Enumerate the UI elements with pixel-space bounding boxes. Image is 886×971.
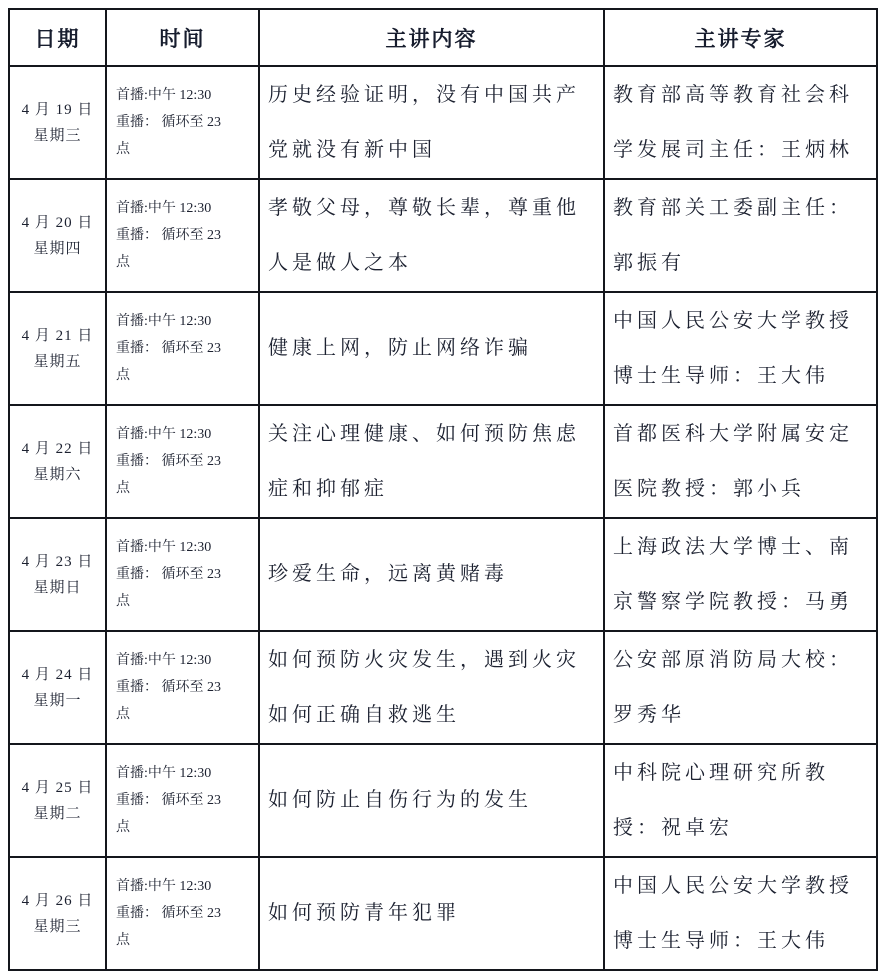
date-text: 4 月 26 日 (22, 888, 94, 914)
rebroadcast-text: 重播： 循环至 23 点 (116, 674, 234, 728)
content-cell: 孝敬父母，尊敬长辈，尊重他人是做人之本 (260, 180, 605, 291)
date-text: 4 月 25 日 (22, 775, 94, 801)
first-broadcast-text: 首播:中午 12:30 (116, 421, 211, 448)
table-row: 4 月 21 日 星期五 首播:中午 12:30 重播： 循环至 23 点 健康… (10, 293, 876, 406)
header-row: 日期 时间 主讲内容 主讲专家 (10, 10, 876, 67)
weekday-text: 星期四 (33, 236, 81, 262)
content-cell: 如何预防青年犯罪 (260, 858, 605, 969)
weekday-text: 星期日 (33, 575, 81, 601)
header-expert: 主讲专家 (605, 10, 876, 65)
expert-cell: 中国人民公安大学教授博士生导师：王大伟 (605, 858, 876, 969)
lecture-schedule-table: 日期 时间 主讲内容 主讲专家 4 月 19 日 星期三 首播:中午 12:30… (8, 8, 878, 971)
date-cell: 4 月 25 日 星期二 (10, 745, 107, 856)
expert-cell: 中国人民公安大学教授博士生导师：王大伟 (605, 293, 876, 404)
first-broadcast-text: 首播:中午 12:30 (116, 308, 211, 335)
weekday-text: 星期三 (33, 123, 81, 149)
rebroadcast-text: 重播： 循环至 23 点 (116, 900, 234, 954)
expert-cell: 上海政法大学博士、南京警察学院教授：马勇 (605, 519, 876, 630)
first-broadcast-text: 首播:中午 12:30 (116, 760, 211, 787)
rebroadcast-text: 重播： 循环至 23 点 (116, 222, 234, 276)
expert-cell: 中科院心理研究所教授：祝卓宏 (605, 745, 876, 856)
content-cell: 珍爱生命，远离黄赌毒 (260, 519, 605, 630)
weekday-text: 星期六 (33, 462, 81, 488)
weekday-text: 星期二 (33, 801, 81, 827)
header-time-label: 时间 (160, 23, 206, 53)
table-row: 4 月 25 日 星期二 首播:中午 12:30 重播： 循环至 23 点 如何… (10, 745, 876, 858)
time-cell: 首播:中午 12:30 重播： 循环至 23 点 (107, 858, 260, 969)
date-cell: 4 月 24 日 星期一 (10, 632, 107, 743)
rebroadcast-text: 重播： 循环至 23 点 (116, 448, 234, 502)
table-row: 4 月 26 日 星期三 首播:中午 12:30 重播： 循环至 23 点 如何… (10, 858, 876, 969)
rebroadcast-text: 重播： 循环至 23 点 (116, 787, 234, 841)
expert-cell: 教育部关工委副主任：郭振有 (605, 180, 876, 291)
expert-cell: 公安部原消防局大校：罗秀华 (605, 632, 876, 743)
expert-cell: 首都医科大学附属安定医院教授：郭小兵 (605, 406, 876, 517)
header-time: 时间 (107, 10, 260, 65)
content-cell: 如何防止自伤行为的发生 (260, 745, 605, 856)
header-content: 主讲内容 (260, 10, 605, 65)
table-row: 4 月 19 日 星期三 首播:中午 12:30 重播： 循环至 23 点 历史… (10, 67, 876, 180)
date-cell: 4 月 21 日 星期五 (10, 293, 107, 404)
expert-cell: 教育部高等教育社会科学发展司主任：王炳林 (605, 67, 876, 178)
time-cell: 首播:中午 12:30 重播： 循环至 23 点 (107, 632, 260, 743)
time-cell: 首播:中午 12:30 重播： 循环至 23 点 (107, 180, 260, 291)
first-broadcast-text: 首播:中午 12:30 (116, 534, 211, 561)
date-cell: 4 月 23 日 星期日 (10, 519, 107, 630)
content-cell: 历史经验证明，没有中国共产党就没有新中国 (260, 67, 605, 178)
date-text: 4 月 23 日 (22, 549, 94, 575)
header-content-label: 主讲内容 (386, 23, 478, 53)
date-text: 4 月 20 日 (22, 210, 94, 236)
date-cell: 4 月 22 日 星期六 (10, 406, 107, 517)
table-row: 4 月 20 日 星期四 首播:中午 12:30 重播： 循环至 23 点 孝敬… (10, 180, 876, 293)
date-text: 4 月 19 日 (22, 97, 94, 123)
date-text: 4 月 24 日 (22, 662, 94, 688)
date-text: 4 月 21 日 (22, 323, 94, 349)
time-cell: 首播:中午 12:30 重播： 循环至 23 点 (107, 745, 260, 856)
content-cell: 关注心理健康、如何预防焦虑症和抑郁症 (260, 406, 605, 517)
table-row: 4 月 24 日 星期一 首播:中午 12:30 重播： 循环至 23 点 如何… (10, 632, 876, 745)
rebroadcast-text: 重播： 循环至 23 点 (116, 335, 234, 389)
table-row: 4 月 22 日 星期六 首播:中午 12:30 重播： 循环至 23 点 关注… (10, 406, 876, 519)
time-cell: 首播:中午 12:30 重播： 循环至 23 点 (107, 519, 260, 630)
time-cell: 首播:中午 12:30 重播： 循环至 23 点 (107, 67, 260, 178)
date-cell: 4 月 20 日 星期四 (10, 180, 107, 291)
schedule-page: 日期 时间 主讲内容 主讲专家 4 月 19 日 星期三 首播:中午 12:30… (0, 0, 886, 960)
first-broadcast-text: 首播:中午 12:30 (116, 873, 211, 900)
time-cell: 首播:中午 12:30 重播： 循环至 23 点 (107, 293, 260, 404)
weekday-text: 星期一 (33, 688, 81, 714)
table-row: 4 月 23 日 星期日 首播:中午 12:30 重播： 循环至 23 点 珍爱… (10, 519, 876, 632)
date-text: 4 月 22 日 (22, 436, 94, 462)
time-cell: 首播:中午 12:30 重播： 循环至 23 点 (107, 406, 260, 517)
first-broadcast-text: 首播:中午 12:30 (116, 195, 211, 222)
rebroadcast-text: 重播： 循环至 23 点 (116, 561, 234, 615)
header-date-label: 日期 (35, 23, 81, 53)
content-cell: 如何预防火灾发生，遇到火灾如何正确自救逃生 (260, 632, 605, 743)
rebroadcast-text: 重播： 循环至 23 点 (116, 109, 234, 163)
date-cell: 4 月 26 日 星期三 (10, 858, 107, 969)
weekday-text: 星期三 (33, 914, 81, 940)
date-cell: 4 月 19 日 星期三 (10, 67, 107, 178)
first-broadcast-text: 首播:中午 12:30 (116, 82, 211, 109)
header-date: 日期 (10, 10, 107, 65)
first-broadcast-text: 首播:中午 12:30 (116, 647, 211, 674)
weekday-text: 星期五 (33, 349, 81, 375)
header-expert-label: 主讲专家 (695, 23, 787, 53)
content-cell: 健康上网，防止网络诈骗 (260, 293, 605, 404)
